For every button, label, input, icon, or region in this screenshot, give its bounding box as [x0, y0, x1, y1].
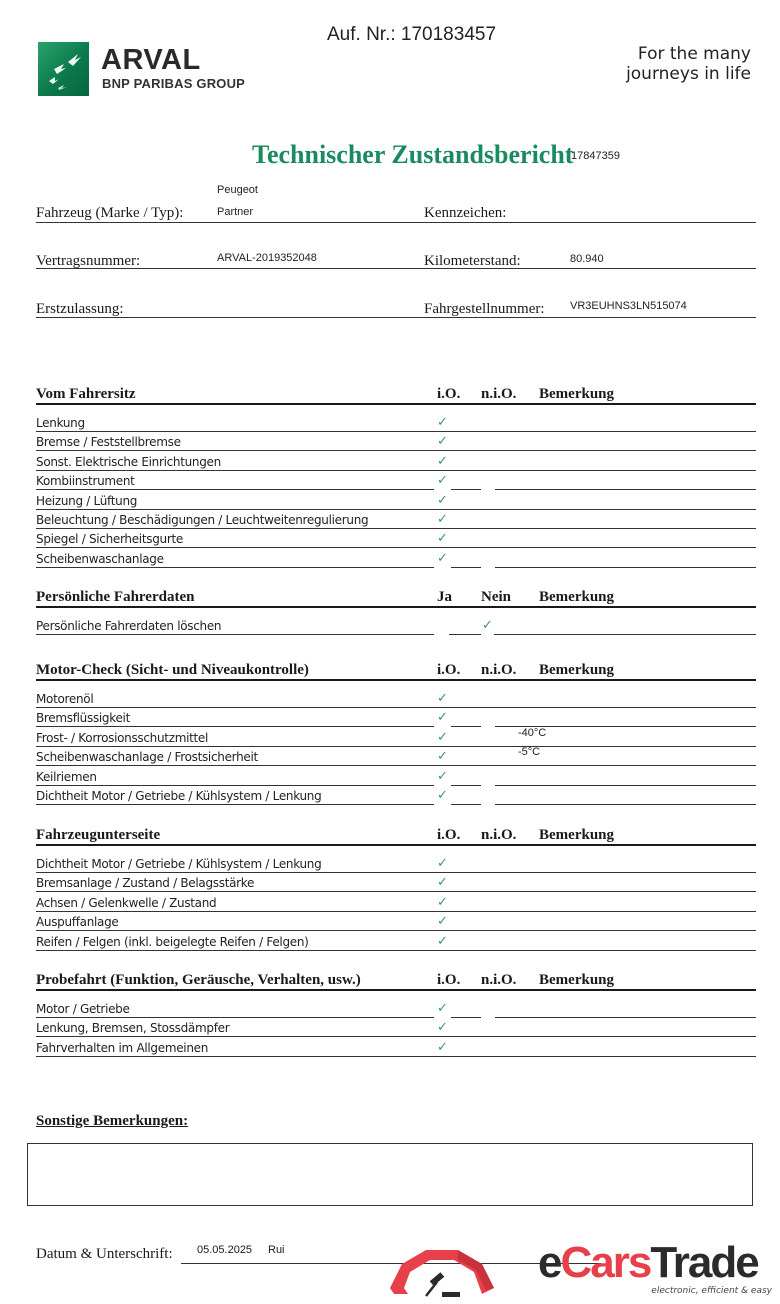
check-ok-icon[interactable]: ✓	[437, 749, 448, 764]
column-header-ok: Ja	[437, 589, 452, 606]
wordmark-trade: Trade	[650, 1238, 757, 1287]
divider	[36, 222, 756, 223]
row-rule	[36, 891, 756, 892]
row-rule	[36, 489, 434, 490]
checklist-item-label: Fahrverhalten im Allgemeinen	[36, 1041, 208, 1055]
check-ok-icon[interactable]: ✓	[437, 551, 448, 566]
checklist-item-label: Kombiinstrument	[36, 474, 135, 488]
check-ok-icon[interactable]: ✓	[437, 493, 448, 508]
check-ok-icon[interactable]: ✓	[437, 1020, 448, 1035]
section-header-rule	[36, 679, 756, 681]
check-ok-icon[interactable]: ✓	[437, 473, 448, 488]
row-rule	[36, 950, 756, 951]
mileage-value[interactable]: 80.940	[570, 253, 604, 265]
checklist-item-label: Auspuffanlage	[36, 915, 119, 929]
divider	[36, 317, 756, 318]
column-header-remarks: Bemerkung	[539, 827, 614, 844]
row-rule	[36, 872, 756, 873]
check-ok-icon[interactable]: ✓	[437, 730, 448, 745]
signature-date[interactable]: 05.05.2025	[197, 1244, 252, 1256]
column-header-not-ok: n.i.O.	[481, 386, 516, 403]
row-rule	[495, 1017, 756, 1018]
remarks-title: Sonstige Bemerkungen:	[36, 1113, 188, 1130]
checklist-item-label: Beleuchtung / Beschädigungen / Leuchtwei…	[36, 513, 368, 527]
row-rule	[495, 489, 756, 490]
check-ok-icon[interactable]: ✓	[437, 454, 448, 469]
column-header-ok: i.O.	[437, 972, 460, 989]
vehicle-make: Peugeot	[217, 184, 258, 196]
column-header-ok: i.O.	[437, 827, 460, 844]
report-id: 17847359	[571, 150, 620, 162]
row-rule	[451, 804, 481, 805]
check-ok-icon[interactable]: ✓	[437, 1001, 448, 1016]
column-header-remarks: Bemerkung	[539, 972, 614, 989]
section-title: Vom Fahrersitz	[36, 386, 136, 403]
checklist-item-label: Scheibenwaschanlage / Frostsicherheit	[36, 750, 258, 764]
wordmark-e: e	[538, 1238, 560, 1287]
checklist-item-label: Reifen / Felgen (inkl. beigelegte Reifen…	[36, 935, 309, 949]
section-header-rule	[36, 989, 756, 991]
row-rule	[36, 707, 756, 708]
checklist-item-label: Dichtheit Motor / Getriebe / Kühlsystem …	[36, 789, 321, 803]
check-ok-icon[interactable]: ✓	[437, 914, 448, 929]
ecarstrade-car-gavel-icon	[386, 1246, 496, 1302]
section-header-rule	[36, 844, 756, 846]
row-rule	[451, 726, 481, 727]
column-header-ok: i.O.	[437, 386, 460, 403]
tagline: For the many journeys in life	[626, 44, 751, 84]
check-ok-icon[interactable]: ✓	[437, 895, 448, 910]
row-rule	[494, 634, 756, 635]
row-rule	[451, 1017, 481, 1018]
divider	[36, 268, 756, 269]
vin-value[interactable]: VR3EUHNS3LN515074	[570, 300, 687, 312]
item-remark[interactable]: -5°C	[518, 746, 540, 758]
row-rule	[36, 528, 756, 529]
checklist-item-label: Motor / Getriebe	[36, 1002, 130, 1016]
column-header-not-ok: n.i.O.	[481, 972, 516, 989]
vin-label: Fahrgestellnummer:	[424, 301, 545, 318]
row-rule	[36, 470, 756, 471]
section-title: Fahrzeugunterseite	[36, 827, 160, 844]
row-rule	[36, 547, 756, 548]
section-header-rule	[36, 403, 756, 405]
row-rule	[495, 804, 756, 805]
row-rule	[36, 746, 756, 747]
row-rule	[36, 1056, 756, 1057]
check-ok-icon[interactable]: ✓	[437, 434, 448, 449]
section-title: Persönliche Fahrerdaten	[36, 589, 194, 606]
checklist-item-label: Lenkung, Bremsen, Stossdämpfer	[36, 1021, 229, 1035]
checklist-item-label: Scheibenwaschanlage	[36, 552, 164, 566]
check-ok-icon[interactable]: ✓	[437, 788, 448, 803]
check-ok-icon[interactable]: ✓	[437, 531, 448, 546]
column-header-ok: i.O.	[437, 662, 460, 679]
checklist-item-label: Heizung / Lüftung	[36, 494, 137, 508]
check-ok-icon[interactable]: ✓	[437, 512, 448, 527]
checklist-item-label: Keilriemen	[36, 770, 97, 784]
checklist-item-label: Dichtheit Motor / Getriebe / Kühlsystem …	[36, 857, 321, 871]
row-rule	[449, 634, 481, 635]
row-rule	[36, 1017, 434, 1018]
signature-name[interactable]: Rui	[268, 1244, 285, 1256]
row-rule	[36, 450, 756, 451]
row-rule	[36, 726, 434, 727]
ecarstrade-tagline: electronic, efficient & easy	[651, 1286, 772, 1296]
section-title: Motor-Check (Sicht- und Niveaukontrolle)	[36, 662, 309, 679]
tagline-line-2: journeys in life	[626, 64, 751, 84]
column-header-remarks: Bemerkung	[539, 589, 614, 606]
section-header-rule	[36, 606, 756, 608]
contract-value[interactable]: ARVAL-2019352048	[217, 252, 317, 264]
check-ok-icon[interactable]: ✓	[437, 710, 448, 725]
brand-name: ARVAL	[101, 44, 201, 77]
row-rule	[36, 431, 756, 432]
first-registration-label: Erstzulassung:	[36, 301, 124, 318]
section-title: Probefahrt (Funktion, Geräusche, Verhalt…	[36, 972, 361, 989]
column-header-remarks: Bemerkung	[539, 662, 614, 679]
row-rule	[36, 765, 756, 766]
checklist-item-label: Bremse / Feststellbremse	[36, 435, 181, 449]
tagline-line-1: For the many	[626, 44, 751, 64]
brand-subtitle: BNP PARIBAS GROUP	[102, 76, 245, 91]
row-rule	[451, 567, 481, 568]
column-header-not-ok: n.i.O.	[481, 662, 516, 679]
arval-logo-icon	[38, 42, 89, 96]
check-ok-icon[interactable]: ✓	[437, 934, 448, 949]
row-rule	[36, 804, 434, 805]
row-rule	[36, 1036, 756, 1037]
check-ok-icon[interactable]: ✓	[437, 1040, 448, 1055]
row-rule	[495, 567, 756, 568]
wordmark-cars: Cars	[560, 1238, 650, 1287]
vehicle-model[interactable]: Partner	[217, 206, 253, 218]
row-rule	[36, 911, 756, 912]
order-number: Auf. Nr.: 170183457	[327, 24, 496, 46]
checklist-item-label: Persönliche Fahrerdaten löschen	[36, 619, 221, 633]
check-ok-icon[interactable]: ✓	[437, 769, 448, 784]
row-rule	[36, 785, 434, 786]
check-ok-icon[interactable]: ✓	[437, 691, 448, 706]
checklist-item-label: Achsen / Gelenkwelle / Zustand	[36, 896, 216, 910]
check-no-icon[interactable]: ✓	[482, 618, 493, 633]
checklist-item-label: Lenkung	[36, 416, 85, 430]
checklist-item-label: Sonst. Elektrische Einrichtungen	[36, 455, 221, 469]
row-rule	[495, 785, 756, 786]
row-rule	[36, 509, 756, 510]
signature-label: Datum & Unterschrift:	[36, 1246, 173, 1263]
checklist-item-label: Frost- / Korrosionsschutzmittel	[36, 731, 208, 745]
column-header-remarks: Bemerkung	[539, 386, 614, 403]
column-header-not-ok: Nein	[481, 589, 511, 606]
plate-label: Kennzeichen:	[424, 205, 506, 222]
row-rule	[36, 567, 434, 568]
ecarstrade-wordmark: eCarsTrade	[538, 1240, 758, 1286]
check-ok-icon[interactable]: ✓	[437, 415, 448, 430]
row-rule	[36, 930, 756, 931]
checklist-item-label: Spiegel / Sicherheitsgurte	[36, 532, 183, 546]
make-model-label: Fahrzeug (Marke / Typ):	[36, 205, 183, 222]
row-rule	[36, 634, 434, 635]
check-ok-icon[interactable]: ✓	[437, 856, 448, 871]
item-remark[interactable]: -40°C	[518, 727, 546, 739]
column-header-not-ok: n.i.O.	[481, 827, 516, 844]
checklist-item-label: Bremsflüssigkeit	[36, 711, 130, 725]
checklist-item-label: Motorenöl	[36, 692, 93, 706]
check-ok-icon[interactable]: ✓	[437, 875, 448, 890]
report-title: Technischer Zustandsbericht	[252, 140, 573, 170]
row-rule	[451, 785, 481, 786]
row-rule	[451, 489, 481, 490]
remarks-field[interactable]	[27, 1143, 753, 1206]
checklist-item-label: Bremsanlage / Zustand / Belagsstärke	[36, 876, 254, 890]
